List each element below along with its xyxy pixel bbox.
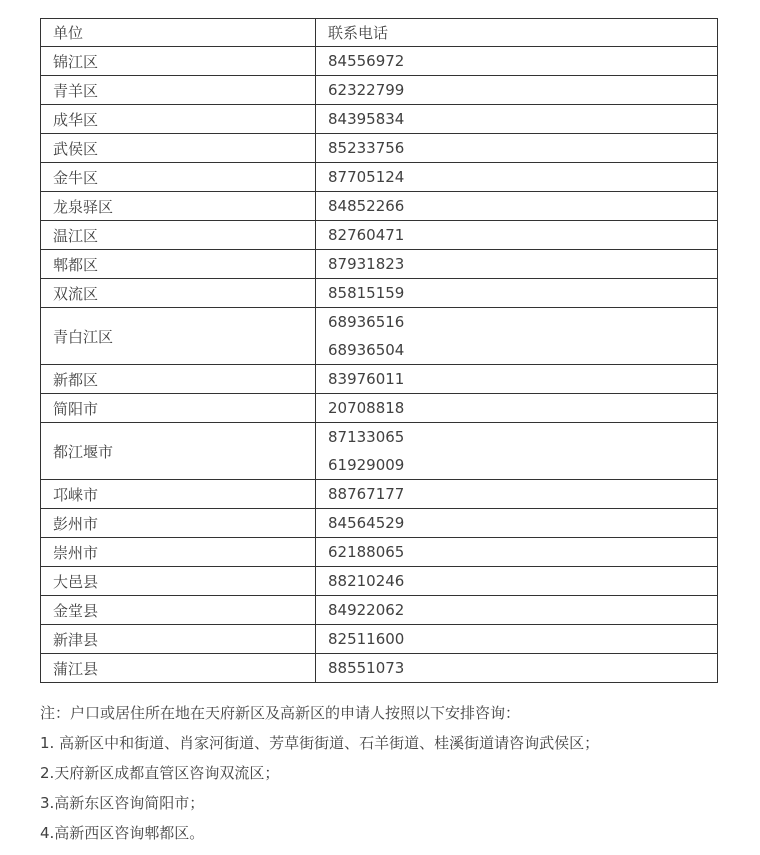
phone-cell: 85233756	[316, 134, 718, 163]
phone-cell: 88210246	[316, 567, 718, 596]
unit-name: 武侯区	[53, 140, 98, 158]
unit-cell: 金堂县	[41, 596, 316, 625]
phone-number: 82760471	[328, 221, 713, 249]
table-row: 武侯区 85233756	[41, 134, 718, 163]
phone-cell: 82511600	[316, 625, 718, 654]
phone-number: 87133065	[328, 423, 713, 451]
phone-number: 84852266	[328, 192, 713, 220]
phone-number: 84395834	[328, 105, 713, 133]
unit-cell: 成华区	[41, 105, 316, 134]
table-row: 成华区 84395834	[41, 105, 718, 134]
unit-name: 郫都区	[53, 256, 98, 274]
unit-name: 龙泉驿区	[53, 198, 113, 216]
table-header-row: 单位 联系电话	[41, 19, 718, 47]
phone-cell: 88767177	[316, 480, 718, 509]
phone-cell: 84922062	[316, 596, 718, 625]
phone-cell: 84395834	[316, 105, 718, 134]
phone-number: 62322799	[328, 76, 713, 104]
table-row: 蒲江县 88551073	[41, 654, 718, 683]
phone-number: 61929009	[328, 451, 713, 479]
phone-cell: 87705124	[316, 163, 718, 192]
note-item: 3.高新东区咨询简阳市；	[40, 795, 730, 812]
table-row: 青白江区 6893651668936504	[41, 308, 718, 365]
note-item: 1. 高新区中和街道、肖家河街道、芳草街街道、石羊街道、桂溪街道请咨询武侯区；	[40, 735, 730, 752]
unit-name: 简阳市	[53, 400, 98, 418]
contact-phone-table: 单位 联系电话 锦江区 84556972 青羊区 62322799 成华区 84…	[40, 18, 718, 683]
phone-cell: 88551073	[316, 654, 718, 683]
unit-name: 成华区	[53, 111, 98, 129]
unit-cell: 武侯区	[41, 134, 316, 163]
table-row: 新津县 82511600	[41, 625, 718, 654]
table-row: 锦江区 84556972	[41, 47, 718, 76]
unit-cell: 郫都区	[41, 250, 316, 279]
phone-number: 85233756	[328, 134, 713, 162]
phone-number: 84556972	[328, 47, 713, 75]
unit-cell: 彭州市	[41, 509, 316, 538]
table-row: 彭州市 84564529	[41, 509, 718, 538]
unit-name: 大邑县	[53, 573, 98, 591]
note-item: 2.天府新区成都直管区咨询双流区；	[40, 765, 730, 782]
unit-name: 新津县	[53, 631, 98, 649]
phone-cell: 20708818	[316, 394, 718, 423]
unit-cell: 大邑县	[41, 567, 316, 596]
phone-cell: 85815159	[316, 279, 718, 308]
phone-number: 82511600	[328, 625, 713, 653]
unit-name: 双流区	[53, 285, 98, 303]
table-row: 龙泉驿区 84852266	[41, 192, 718, 221]
phone-cell: 84556972	[316, 47, 718, 76]
table-row: 郫都区 87931823	[41, 250, 718, 279]
phone-cell: 84852266	[316, 192, 718, 221]
phone-number: 68936504	[328, 336, 713, 364]
unit-name: 崇州市	[53, 544, 98, 562]
unit-cell: 双流区	[41, 279, 316, 308]
phone-cell: 87931823	[316, 250, 718, 279]
phone-number: 85815159	[328, 279, 713, 307]
phone-number: 88551073	[328, 654, 713, 682]
phone-number: 88210246	[328, 567, 713, 595]
phone-number: 84922062	[328, 596, 713, 624]
phone-cell: 8713306561929009	[316, 423, 718, 480]
unit-cell: 金牛区	[41, 163, 316, 192]
unit-cell: 崇州市	[41, 538, 316, 567]
phone-cell: 82760471	[316, 221, 718, 250]
table-body: 锦江区 84556972 青羊区 62322799 成华区 84395834 武…	[41, 47, 718, 683]
phone-number: 20708818	[328, 394, 713, 422]
unit-name: 彭州市	[53, 515, 98, 533]
header-unit: 单位	[41, 19, 316, 47]
unit-name: 邛崃市	[53, 486, 98, 504]
table-row: 金堂县 84922062	[41, 596, 718, 625]
phone-cell: 6893651668936504	[316, 308, 718, 365]
unit-cell: 都江堰市	[41, 423, 316, 480]
table-row: 崇州市 62188065	[41, 538, 718, 567]
phone-number: 83976011	[328, 365, 713, 393]
table-row: 简阳市 20708818	[41, 394, 718, 423]
phone-number: 84564529	[328, 509, 713, 537]
unit-name: 青羊区	[53, 82, 98, 100]
unit-cell: 温江区	[41, 221, 316, 250]
table-row: 青羊区 62322799	[41, 76, 718, 105]
unit-cell: 龙泉驿区	[41, 192, 316, 221]
phone-number: 87931823	[328, 250, 713, 278]
table-row: 大邑县 88210246	[41, 567, 718, 596]
table-row: 温江区 82760471	[41, 221, 718, 250]
notes-list: 1. 高新区中和街道、肖家河街道、芳草街街道、石羊街道、桂溪街道请咨询武侯区；2…	[40, 735, 730, 842]
table-row: 都江堰市 8713306561929009	[41, 423, 718, 480]
contact-info-page: 单位 联系电话 锦江区 84556972 青羊区 62322799 成华区 84…	[0, 0, 760, 842]
notes-intro: 注：户口或居住所在地在天府新区及高新区的申请人按照以下安排咨询：	[40, 705, 730, 722]
header-phone: 联系电话	[316, 19, 718, 47]
unit-cell: 新都区	[41, 365, 316, 394]
table-row: 金牛区 87705124	[41, 163, 718, 192]
unit-cell: 青白江区	[41, 308, 316, 365]
unit-name: 金牛区	[53, 169, 98, 187]
unit-cell: 青羊区	[41, 76, 316, 105]
table-row: 双流区 85815159	[41, 279, 718, 308]
phone-cell: 84564529	[316, 509, 718, 538]
unit-name: 蒲江县	[53, 660, 98, 678]
unit-name: 温江区	[53, 227, 98, 245]
unit-name: 青白江区	[53, 328, 113, 346]
table-row: 新都区 83976011	[41, 365, 718, 394]
unit-cell: 新津县	[41, 625, 316, 654]
phone-cell: 83976011	[316, 365, 718, 394]
phone-number: 62188065	[328, 538, 713, 566]
unit-cell: 邛崃市	[41, 480, 316, 509]
unit-name: 新都区	[53, 371, 98, 389]
phone-cell: 62322799	[316, 76, 718, 105]
unit-name: 锦江区	[53, 53, 98, 71]
notes-section: 注：户口或居住所在地在天府新区及高新区的申请人按照以下安排咨询： 1. 高新区中…	[40, 705, 730, 842]
phone-number: 88767177	[328, 480, 713, 508]
table-row: 邛崃市 88767177	[41, 480, 718, 509]
unit-name: 金堂县	[53, 602, 98, 620]
phone-number: 87705124	[328, 163, 713, 191]
unit-cell: 锦江区	[41, 47, 316, 76]
unit-cell: 简阳市	[41, 394, 316, 423]
phone-number: 68936516	[328, 308, 713, 336]
unit-name: 都江堰市	[53, 443, 113, 461]
unit-cell: 蒲江县	[41, 654, 316, 683]
phone-cell: 62188065	[316, 538, 718, 567]
